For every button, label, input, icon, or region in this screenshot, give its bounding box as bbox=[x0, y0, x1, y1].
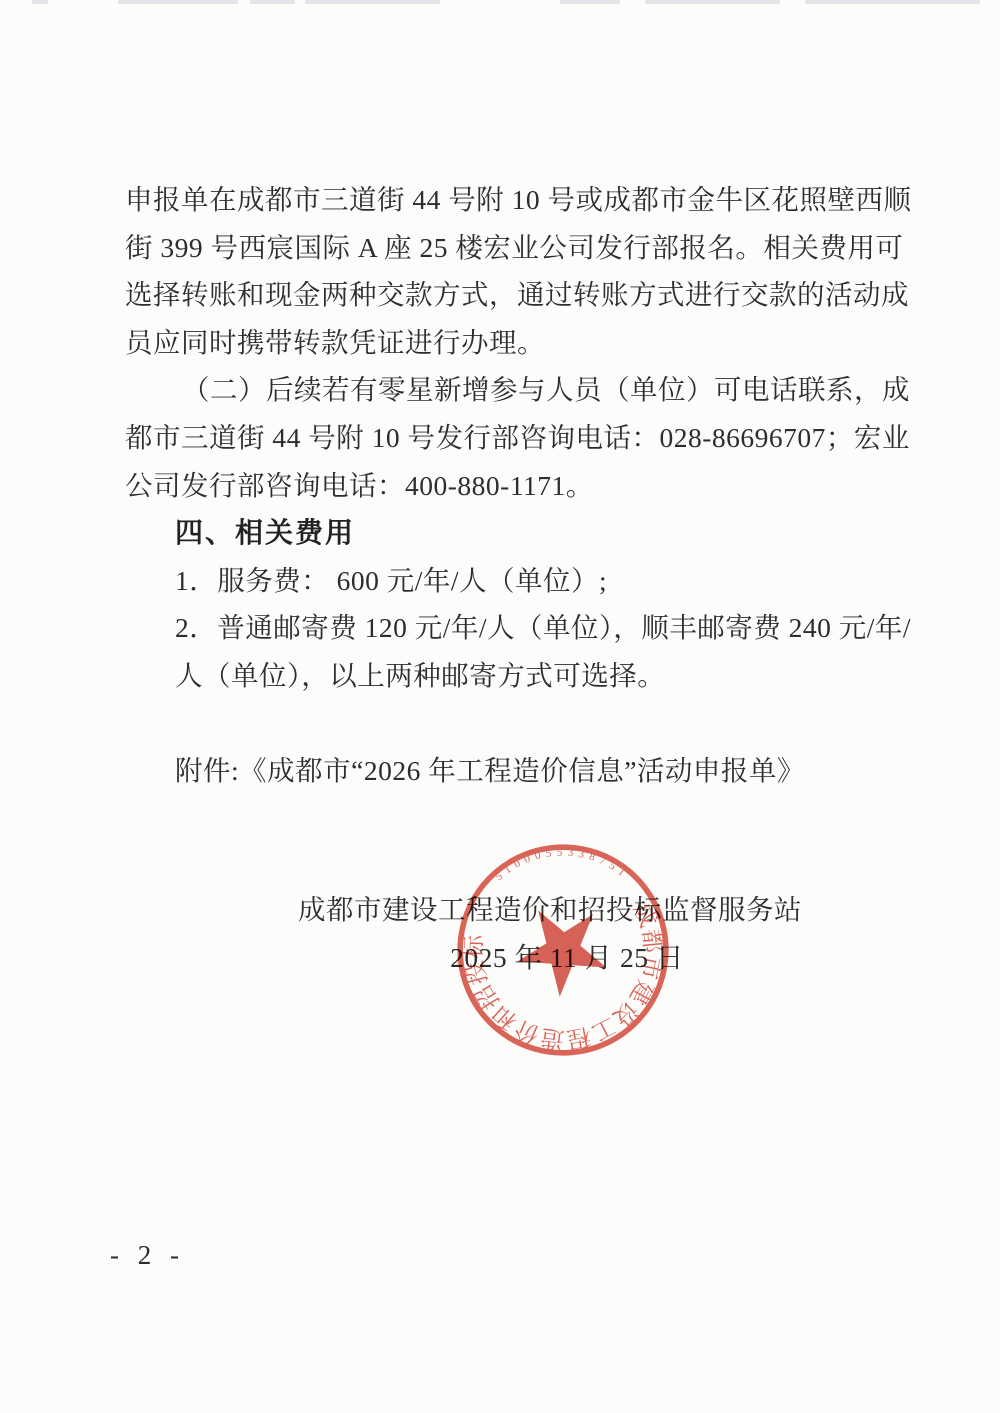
document-body: 申报单在成都市三道街 44 号附 10 号或成都市金牛区花照壁西顺 街 399 … bbox=[125, 0, 878, 981]
attachment-line: 附件:《成都市“2026 年工程造价信息”活动申报单》 bbox=[125, 747, 878, 795]
fee-item-continuation: 人（单位），以上两种邮寄方式可选择。 bbox=[125, 652, 878, 700]
document-page: 申报单在成都市三道街 44 号附 10 号或成都市金牛区花照壁西顺 街 399 … bbox=[0, 0, 1000, 1413]
body-line: 选择转账和现金两种交款方式，通过转账方式进行交款的活动成 bbox=[125, 271, 878, 319]
fee-item: 2．普通邮寄费 120 元/年/人（单位），顺丰邮寄费 240 元/年/ bbox=[125, 604, 878, 652]
body-line: 申报单在成都市三道街 44 号附 10 号或成都市金牛区花照壁西顺 bbox=[125, 176, 878, 224]
body-line: 员应同时携带转款凭证进行办理。 bbox=[125, 319, 878, 367]
body-line: （二）后续若有零星新增参与人员（单位）可电话联系，成 bbox=[125, 366, 878, 414]
page-number: - 2 - bbox=[110, 1240, 185, 1271]
body-line: 都市三道街 44 号附 10 号发行部咨询电话：028-86696707；宏业 bbox=[125, 414, 878, 462]
signature-block: 成都市建设工程造价和招投标监督服务站 2025 年 11 月 25 日 bbox=[200, 886, 900, 981]
body-line: 公司发行部咨询电话：400-880-1171。 bbox=[125, 462, 878, 510]
crop-mark bbox=[32, 0, 48, 4]
fee-item: 1．服务费： 600 元/年/人（单位）; bbox=[125, 557, 878, 605]
signature-date: 2025 年 11 月 25 日 bbox=[200, 934, 900, 982]
body-line: 街 399 号西宸国际 A 座 25 楼宏业公司发行部报名。相关费用可 bbox=[125, 224, 878, 272]
signature-org: 成都市建设工程造价和招投标监督服务站 bbox=[200, 886, 900, 934]
section-heading: 四、相关费用 bbox=[125, 509, 878, 557]
